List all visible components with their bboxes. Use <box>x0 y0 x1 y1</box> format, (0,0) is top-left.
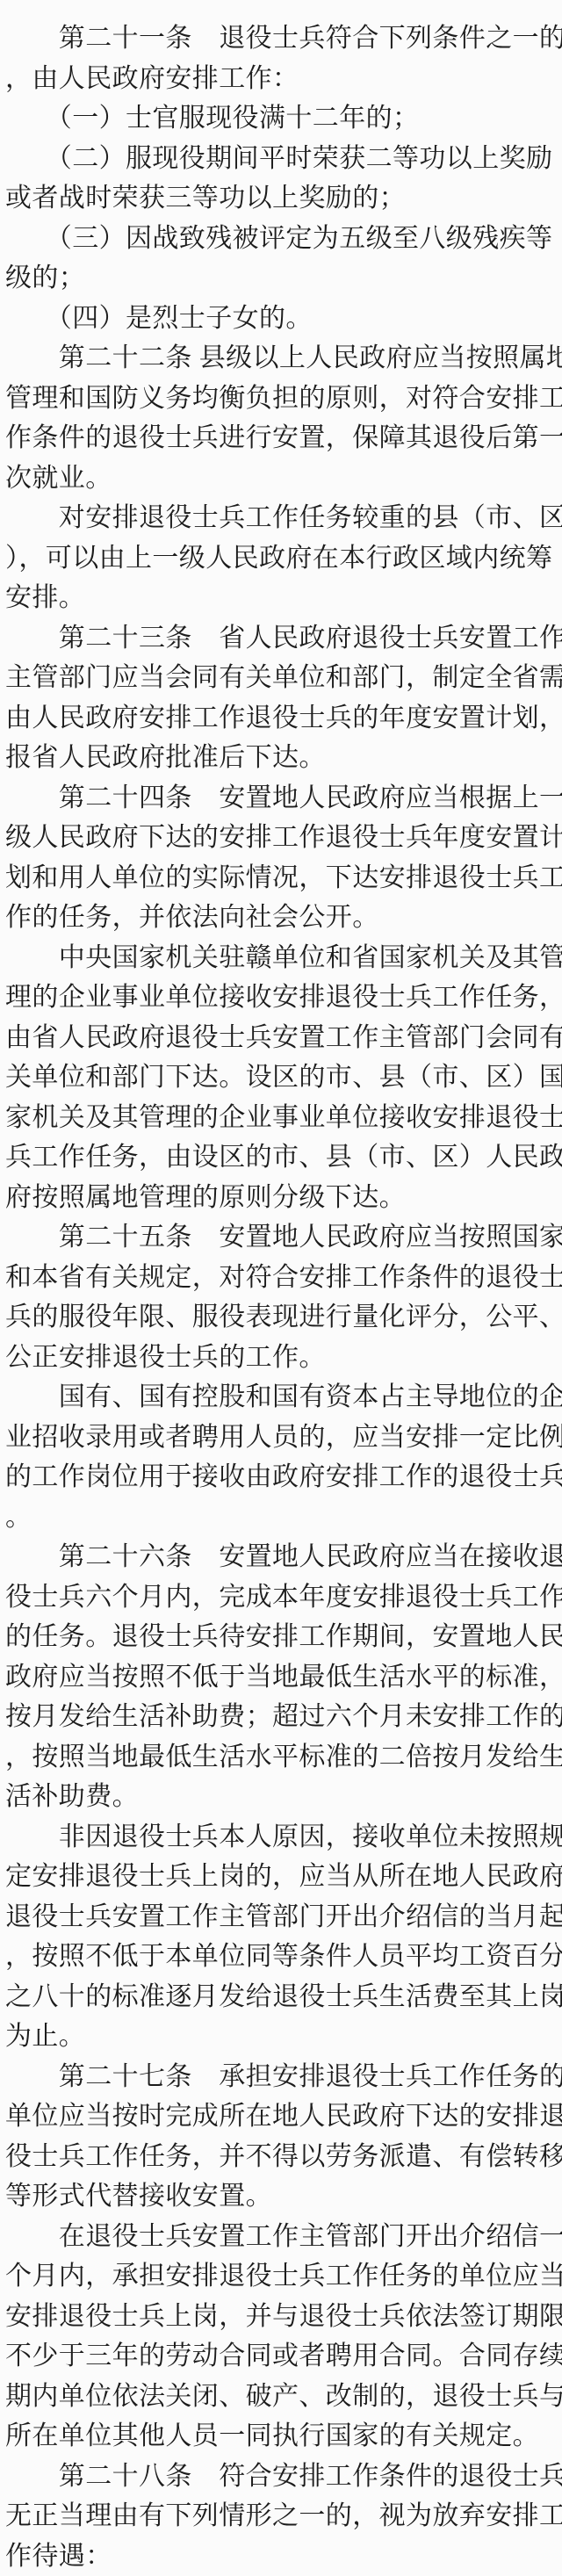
document-line: 关单位和部门下达。设区的市、县（市、区）国 <box>0 1057 562 1098</box>
document-line: 第二十三条 省人民政府退役士兵安置工作 <box>0 618 562 659</box>
document-line: 由人民政府安排工作退役士兵的年度安置计划， <box>0 698 562 739</box>
document-line: 非因退役士兵本人原因，接收单位未按照规 <box>0 1817 562 1858</box>
document-line: ），可以由上一级人民政府在本行政区域内统筹 <box>0 538 562 579</box>
document-line: 对安排退役士兵工作任务较重的县（市、区 <box>0 498 562 538</box>
document-line: 退役士兵安置工作主管部门开出介绍信的当月起 <box>0 1897 562 1937</box>
document-line: ，由人民政府安排工作： <box>0 59 562 99</box>
document-line: 第二十四条 安置地人民政府应当根据上一 <box>0 778 562 819</box>
document-line: 划和用人单位的实际情况，下达安排退役士兵工 <box>0 858 562 898</box>
document-line: （三）因战致残被评定为五级至八级残疾等 <box>0 219 562 259</box>
document-line: 所在单位其他人员一同执行国家的有关规定。 <box>0 2416 562 2457</box>
document-line: 级人民政府下达的安排工作退役士兵年度安置计 <box>0 818 562 858</box>
document-line: ，按照不低于本单位同等条件人员平均工资百分 <box>0 1937 562 1977</box>
document-line: （二）服现役期间平时荣获二等功以上奖励 <box>0 139 562 179</box>
document-line: 兵工作任务，由设区的市、县（市、区）人民政 <box>0 1137 562 1178</box>
document-line: 由省人民政府退役士兵安置工作主管部门会同有 <box>0 1018 562 1058</box>
document-line: 的任务。退役士兵待安排工作期间，安置地人民 <box>0 1617 562 1657</box>
document-line: 。 <box>0 1497 562 1538</box>
document-line: 役士兵工作任务，并不得以劳务派遣、有偿转移 <box>0 2137 562 2177</box>
document-line: 业招收录用或者聘用人员的，应当安排一定比例 <box>0 1418 562 1458</box>
document-line: 府按照属地管理的原则分级下达。 <box>0 1178 562 1218</box>
document-line: 为止。 <box>0 2017 562 2057</box>
document-line: 第二十七条 承担安排退役士兵工作任务的 <box>0 2057 562 2097</box>
legal-document-text: 第二十一条 退役士兵符合下列条件之一的，由人民政府安排工作： （一）士官服现役满… <box>0 18 562 2576</box>
document-page: 第二十一条 退役士兵符合下列条件之一的，由人民政府安排工作： （一）士官服现役满… <box>0 0 562 2576</box>
document-line: 作待遇： <box>0 2536 562 2576</box>
document-line: 理的企业事业单位接收安排退役士兵工作任务， <box>0 978 562 1018</box>
document-line: 主管部门应当会同有关单位和部门，制定全省需 <box>0 658 562 698</box>
document-line: 单位应当按时完成所在地人民政府下达的安排退 <box>0 2096 562 2137</box>
document-line: 按月发给生活补助费；超过六个月未安排工作的 <box>0 1697 562 1737</box>
document-line: 安排。 <box>0 578 562 618</box>
document-line: 作条件的退役士兵进行安置，保障其退役后第一 <box>0 418 562 458</box>
document-line: 不少于三年的劳动合同或者聘用合同。合同存续 <box>0 2336 562 2377</box>
document-line: 第二十六条 安置地人民政府应当在接收退 <box>0 1537 562 1577</box>
document-line: 无正当理由有下列情形之一的，视为放弃安排工 <box>0 2496 562 2536</box>
document-line: （四）是烈士子女的。 <box>0 299 562 339</box>
document-line: 和本省有关规定，对符合安排工作条件的退役士 <box>0 1258 562 1298</box>
document-line: 之八十的标准逐月发给退役士兵生活费至其上岗 <box>0 1977 562 2017</box>
document-line: 级的； <box>0 258 562 299</box>
document-line: 中央国家机关驻赣单位和省国家机关及其管 <box>0 938 562 978</box>
document-line: 报省人民政府批准后下达。 <box>0 738 562 778</box>
document-line: 的工作岗位用于接收由政府安排工作的退役士兵 <box>0 1457 562 1497</box>
document-line: 第二十二条 县级以上人民政府应当按照属地 <box>0 338 562 379</box>
document-line: 或者战时荣获三等功以上奖励的； <box>0 178 562 219</box>
document-line: 安排退役士兵上岗，并与退役士兵依法签订期限 <box>0 2297 562 2337</box>
document-line: 役士兵六个月内，完成本年度安排退役士兵工作 <box>0 1577 562 1618</box>
document-line: 兵的服役年限、服役表现进行量化评分，公平、 <box>0 1297 562 1338</box>
document-line: 定安排退役士兵上岗的，应当从所在地人民政府 <box>0 1857 562 1897</box>
document-line: 作的任务，并依法向社会公开。 <box>0 898 562 938</box>
document-line: 公正安排退役士兵的工作。 <box>0 1338 562 1378</box>
document-line: 家机关及其管理的企业事业单位接收安排退役士 <box>0 1098 562 1138</box>
document-line: 期内单位依法关闭、破产、改制的，退役士兵与 <box>0 2377 562 2417</box>
document-line: （一）士官服现役满十二年的； <box>0 98 562 139</box>
document-line: 个月内，承担安排退役士兵工作任务的单位应当 <box>0 2256 562 2297</box>
document-line: 管理和国防义务均衡负担的原则，对符合安排工 <box>0 379 562 419</box>
document-line: 第二十八条 符合安排工作条件的退役士兵 <box>0 2457 562 2497</box>
document-line: 第二十五条 安置地人民政府应当按照国家 <box>0 1217 562 1258</box>
document-line: 等形式代替接收安置。 <box>0 2176 562 2217</box>
document-line: 国有、国有控股和国有资本占主导地位的企 <box>0 1377 562 1418</box>
document-line: 政府应当按照不低于当地最低生活水平的标准， <box>0 1657 562 1698</box>
document-line: 第二十一条 退役士兵符合下列条件之一的 <box>0 18 562 59</box>
document-line: 活补助费。 <box>0 1777 562 1817</box>
document-line: ，按照当地最低生活水平标准的二倍按月发给生 <box>0 1737 562 1778</box>
document-line: 在退役士兵安置工作主管部门开出介绍信一 <box>0 2217 562 2257</box>
document-line: 次就业。 <box>0 458 562 499</box>
